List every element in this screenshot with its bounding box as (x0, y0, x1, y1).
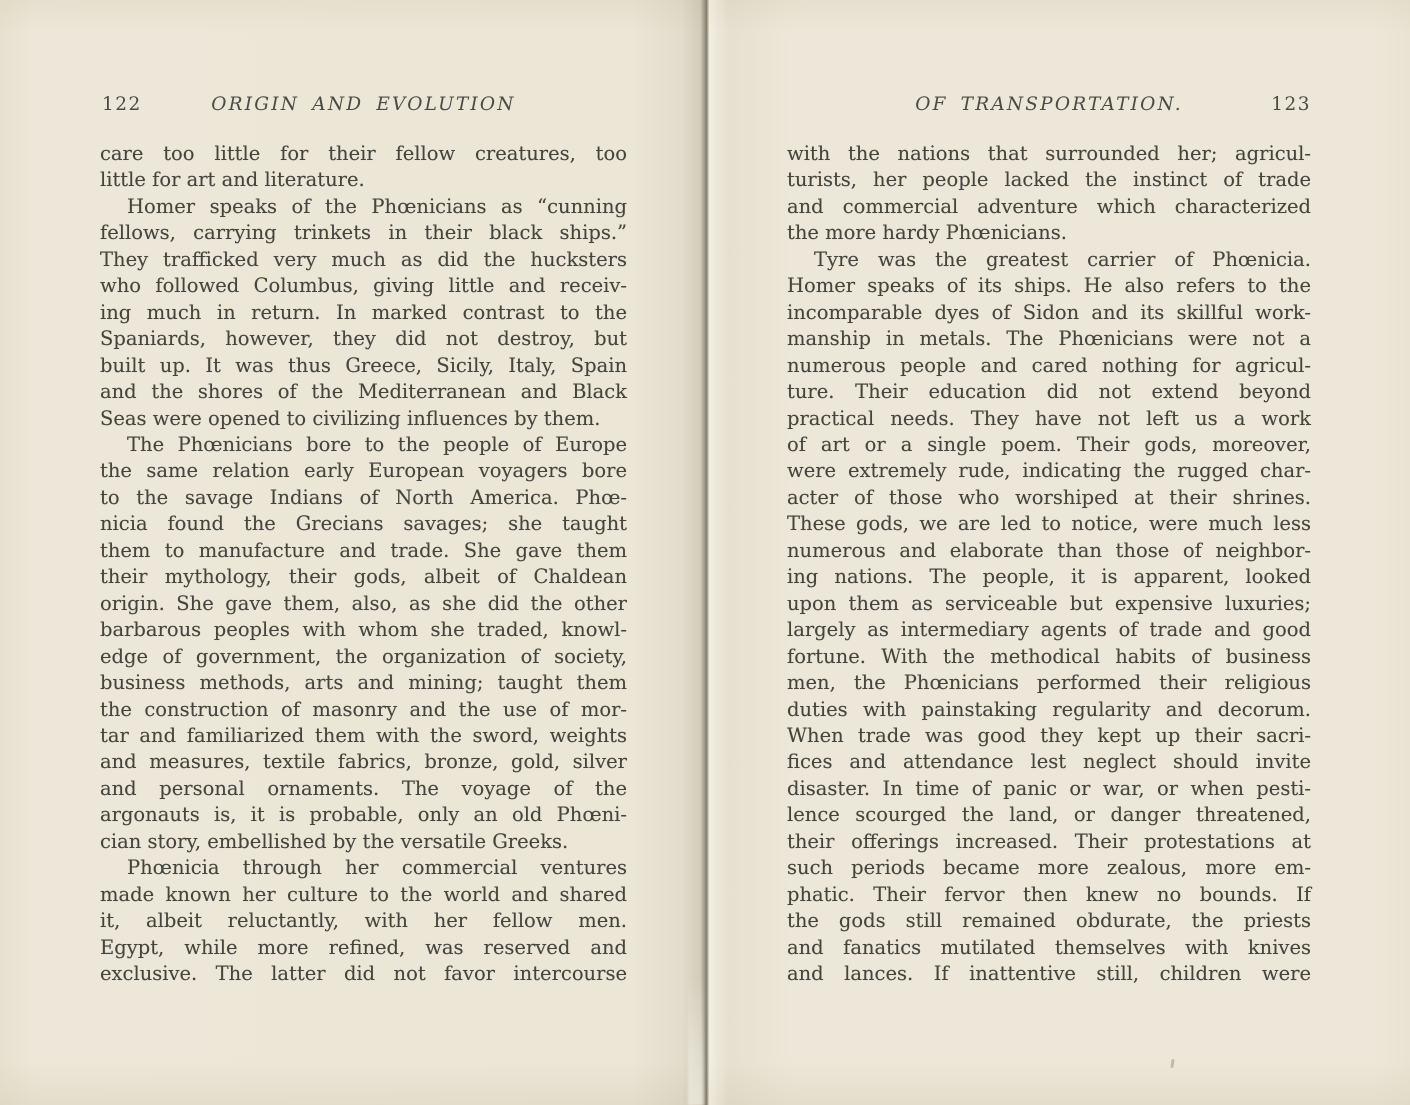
text-line: and personal ornaments. The voyage of th… (100, 776, 627, 802)
text-line: the gods still remained obdurate, the pr… (787, 908, 1311, 934)
text-line: little for art and literature. (100, 167, 627, 193)
text-line: care too little for their fellow creatur… (100, 141, 627, 167)
text-line: the construction of masonry and the use … (100, 697, 627, 723)
text-line: numerous and elaborate than those of nei… (787, 538, 1311, 564)
text-line: barbarous peoples with whom she traded, … (100, 617, 627, 643)
book-spread: 122 ORIGIN AND EVOLUTION care too little… (0, 0, 1410, 1105)
left-page: 122 ORIGIN AND EVOLUTION care too little… (100, 0, 627, 1105)
text-line: edge of government, the organization of … (100, 644, 627, 670)
text-line: and measures, textile fabrics, bronze, g… (100, 749, 627, 775)
text-line: They trafficked very much as did the huc… (100, 247, 627, 273)
text-line: were extremely rude, indicating the rugg… (787, 458, 1311, 484)
text-line: Homer speaks of its ships. He also refer… (787, 273, 1311, 299)
text-line: tar and familiarized them with the sword… (100, 723, 627, 749)
text-line: their offerings increased. Their protest… (787, 829, 1311, 855)
text-line: incomparable dyes of Sidon and its skill… (787, 300, 1311, 326)
text-line: business methods, arts and mining; taugh… (100, 670, 627, 696)
text-line: the same relation early European voyager… (100, 458, 627, 484)
text-line: Tyre was the greatest carrier of Phœnici… (787, 247, 1311, 273)
text-line: Seas were opened to civilizing influence… (100, 406, 627, 432)
right-page: OF TRANSPORTATION. 123 with the nations … (787, 0, 1311, 1105)
left-page-header: 122 ORIGIN AND EVOLUTION (100, 94, 627, 118)
text-line: built up. It was thus Greece, Sicily, It… (100, 353, 627, 379)
right-page-header: OF TRANSPORTATION. 123 (787, 94, 1311, 118)
text-line: Spaniards, however, they did not destroy… (100, 326, 627, 352)
text-line: fices and attendance lest neglect should… (787, 749, 1311, 775)
running-head-right: OF TRANSPORTATION. (787, 94, 1311, 115)
text-line: fellows, carrying trinkets in their blac… (100, 220, 627, 246)
text-line: and commercial adventure which character… (787, 194, 1311, 220)
text-line: their mythology, their gods, albeit of C… (100, 564, 627, 590)
text-line: lence scourged the land, or danger threa… (787, 802, 1311, 828)
text-line: of art or a single poem. Their gods, mor… (787, 432, 1311, 458)
text-line: and the shores of the Mediterranean and … (100, 379, 627, 405)
text-line: The Phœnicians bore to the people of Eur… (100, 432, 627, 458)
book-gutter-crease (630, 0, 790, 1105)
text-line: Phœnicia through her commercial ventures (100, 855, 627, 881)
text-line: cian story, embellished by the versatile… (100, 829, 627, 855)
text-line: When trade was good they kept up their s… (787, 723, 1311, 749)
text-line: and lances. If inattentive still, childr… (787, 961, 1311, 987)
page-number-right: 123 (1271, 94, 1311, 115)
text-line: fortune. With the methodical habits of b… (787, 644, 1311, 670)
text-line: to the savage Indians of North America. … (100, 485, 627, 511)
text-line: men, the Phœnicians performed their reli… (787, 670, 1311, 696)
running-head-left: ORIGIN AND EVOLUTION (100, 94, 627, 115)
text-line: phatic. Their fervor then knew no bounds… (787, 882, 1311, 908)
text-line: argonauts is, it is probable, only an ol… (100, 802, 627, 828)
text-line: acter of those who worshiped at their sh… (787, 485, 1311, 511)
text-line: them to manufacture and trade. She gave … (100, 538, 627, 564)
text-line: disaster. In time of panic or war, or wh… (787, 776, 1311, 802)
text-line: ing nations. The people, it is apparent,… (787, 564, 1311, 590)
text-line: ture. Their education did not extend bey… (787, 379, 1311, 405)
right-page-text: with the nations that surrounded her; ag… (787, 141, 1311, 988)
text-line: made known her culture to the world and … (100, 882, 627, 908)
left-page-text: care too little for their fellow creatur… (100, 141, 627, 988)
text-line: practical needs. They have not left us a… (787, 406, 1311, 432)
text-line: Egypt, while more refined, was reserved … (100, 935, 627, 961)
text-line: turists, her people lacked the instinct … (787, 167, 1311, 193)
text-line: such periods became more zealous, more e… (787, 855, 1311, 881)
text-line: and fanatics mutilated themselves with k… (787, 935, 1311, 961)
text-line: Homer speaks of the Phœnicians as “cunni… (100, 194, 627, 220)
text-line: nicia found the Grecians savages; she ta… (100, 511, 627, 537)
text-line: duties with painstaking regularity and d… (787, 697, 1311, 723)
text-line: it, albeit reluctantly, with her fellow … (100, 908, 627, 934)
text-line: with the nations that surrounded her; ag… (787, 141, 1311, 167)
text-line: who followed Columbus, giving little and… (100, 273, 627, 299)
text-line: upon them as serviceable but expensive l… (787, 591, 1311, 617)
text-line: numerous people and cared nothing for ag… (787, 353, 1311, 379)
text-line: exclusive. The latter did not favor inte… (100, 961, 627, 987)
text-line: ing much in return. In marked contrast t… (100, 300, 627, 326)
text-line: the more hardy Phœnicians. (787, 220, 1311, 246)
text-line: manship in metals. The Phœnicians were n… (787, 326, 1311, 352)
gutter-highlight (688, 975, 704, 1105)
text-line: origin. She gave them, also, as she did … (100, 591, 627, 617)
text-line: largely as intermediary agents of trade … (787, 617, 1311, 643)
text-line: These gods, we are led to notice, were m… (787, 511, 1311, 537)
